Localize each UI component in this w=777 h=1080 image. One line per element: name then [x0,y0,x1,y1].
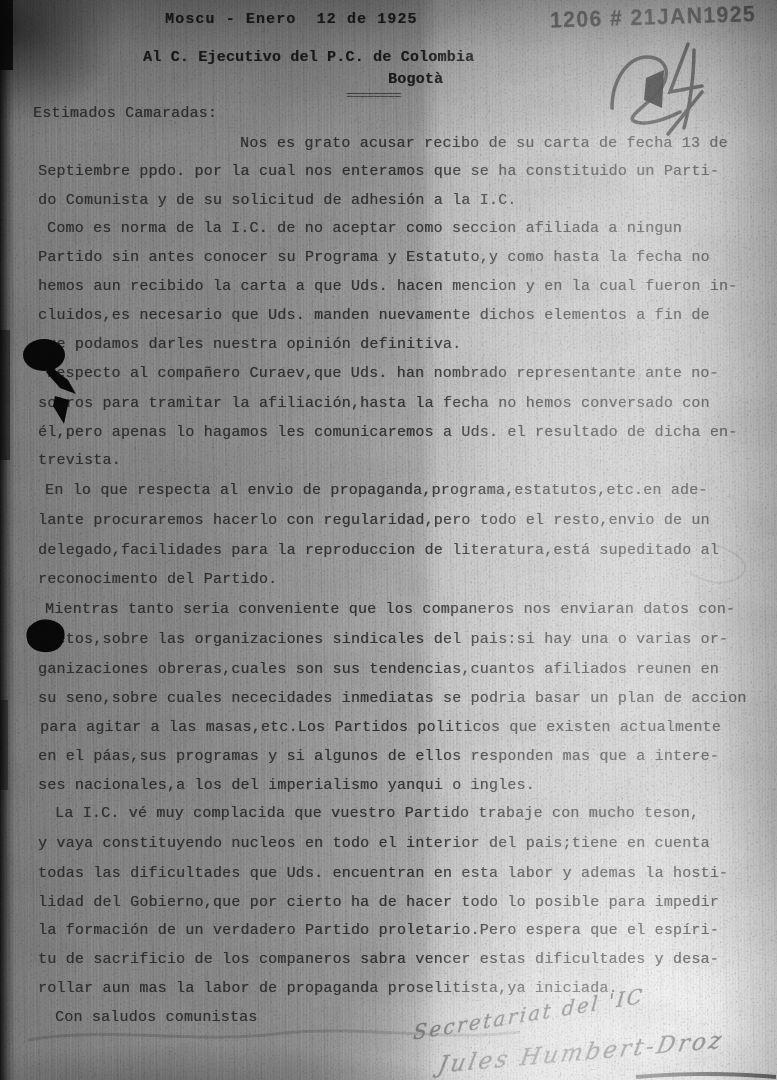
letter-body-line: reconocimento del Partido. [38,572,277,587]
city-underline: ======== [346,89,400,102]
letter-body-line: en el páas,sus programas y si algunos de… [38,749,719,764]
letter-body-line: rollar aun mas la labor de propaganda pr… [38,981,618,996]
letter-body-line: Mientras tanto seria conveniente que los… [45,602,735,617]
letter-body-line: hemos aun recibido la carta a que Uds. h… [38,279,737,294]
salutation: Estimados Camaradas: [33,106,217,121]
letter-body-line: todas las dificultades que Uds. encuentr… [38,866,728,881]
letter-body-line: trevista. [38,453,121,468]
letter-body-line: Partido sin antes conocer su Programa y … [38,250,710,265]
city-line: Bogotà [388,72,443,87]
letter-body-line: su seno,sobre cuales nececidades inmedia… [38,691,747,706]
letter-content: Moscu - Enero 12 de 1925 Al C. Ejecutivo… [0,0,777,1080]
letter-body-line: cluidos,es necesario que Uds. manden nue… [38,308,710,323]
letter-body-line: Septiembre ppdo. por la cual nos enteram… [38,164,719,179]
letter-body-line: La I.C. vé muy complacida que vuestro Pa… [55,806,699,821]
letter-body-line: para agitar a las masas,etc.Los Partidos… [40,720,721,735]
letter-body-line: lante procuraremos hacerlo con regularid… [38,513,710,528]
closing-line: Con saludos comunistas [55,1010,257,1025]
letter-body-line: Respecto al compañero Curaev,que Uds. ha… [47,366,719,381]
letter-body-line: ses nacionales,a los del imperialismo ya… [38,778,535,793]
letter-body-line: Como es norma de la I.C. de no aceptar c… [47,221,682,236]
scanned-letter-page: Moscu - Enero 12 de 1925 Al C. Ejecutivo… [0,0,777,1080]
letter-body-line: Nos es grato acusar recibo de su carta d… [240,136,728,151]
letter-body-line: tu de sacrificio de los companeros sabra… [38,952,719,967]
letter-body-line: él,pero apenas lo hagamos les comunicare… [38,425,737,440]
recipient-line: Al C. Ejecutivo del P.C. de Colombia [143,50,474,65]
letter-body-line: y vaya constituyendo nucleos en todo el … [38,836,710,851]
letter-body-line: la formación de un verdadero Partido pro… [38,923,719,938]
letter-body-line: do Comunista y de su solicitud de adhesi… [38,193,516,208]
letter-body-line: lidad del Gobierno,que por cierto ha de … [38,895,719,910]
letter-body-line: que podamos darles nuestra opinión defin… [38,337,461,352]
letter-body-line: sotros para tramitar la afiliación,hasta… [38,396,710,411]
letter-body-line: delegado,facilidades para la reproduccio… [38,543,719,558]
letter-body-line: En lo que respecta al envio de propagand… [45,483,708,498]
dateline: Moscu - Enero 12 de 1925 [165,12,418,27]
letter-body-line: cretos,sobre las organizaciones sindical… [38,632,728,647]
letter-body-line: ganizaciones obreras,cuales son sus tend… [38,662,719,677]
